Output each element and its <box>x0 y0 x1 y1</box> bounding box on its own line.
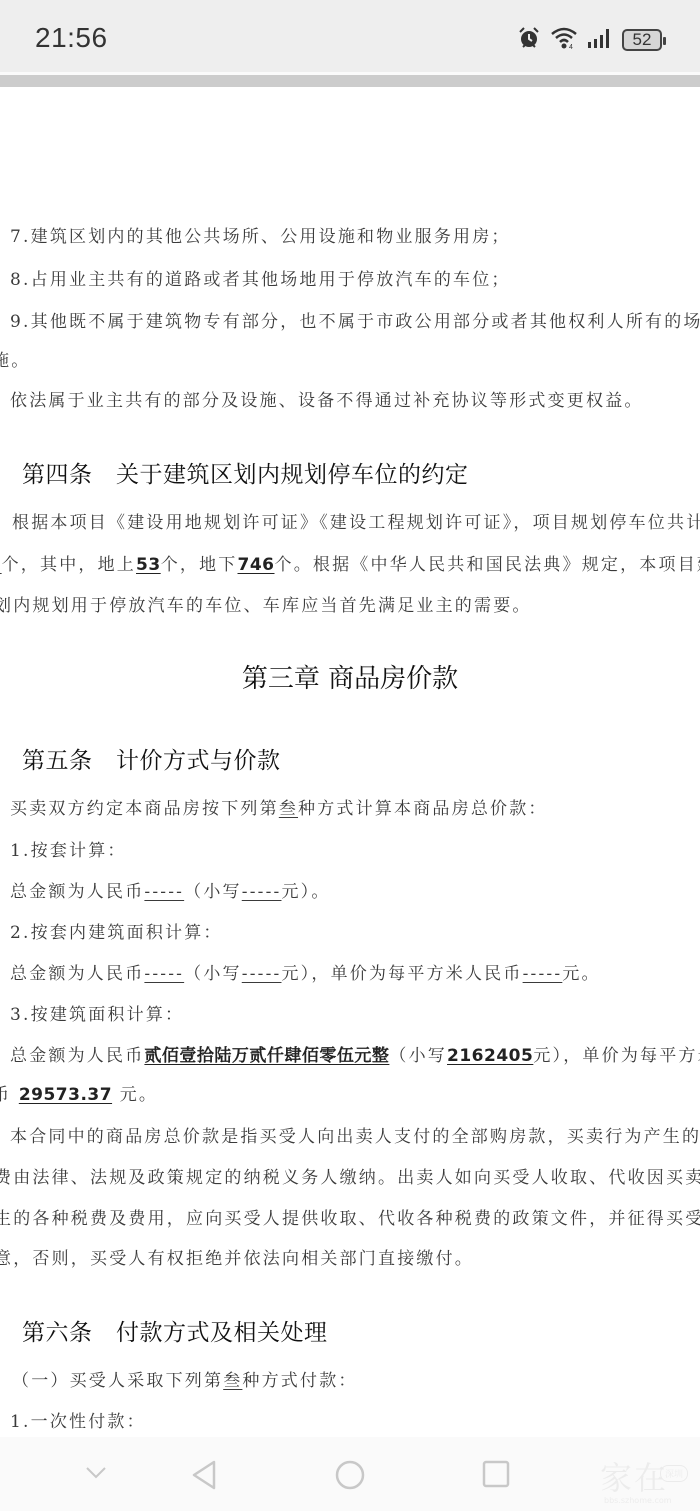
status-bar: 21:56 4 52 <box>0 0 700 75</box>
signal-icon <box>587 27 613 53</box>
blank-field: ----- <box>144 964 184 984</box>
paragraph: （一）买受人采取下列第叁种方式付款： <box>12 1366 358 1391</box>
article-5-title: 第五条 计价方式与价款 <box>22 742 281 775</box>
list-item: 7.建筑区划内的其他公共场所、公用设施和物业服务用房； <box>10 222 511 247</box>
chapter-3-title: 第三章 商品房价款 <box>0 658 700 695</box>
paragraph: 划内规划用于停放汽车的车位、车库应当首先满足业主的需要。 <box>0 591 532 616</box>
method-3-title: 3.按建筑面积计算： <box>10 1000 184 1025</box>
recents-square-icon <box>481 1459 511 1489</box>
text: 种方式付款： <box>242 1371 357 1391</box>
text: （一）买受人采取下列第 <box>12 1371 223 1391</box>
alarm-icon <box>517 26 541 54</box>
total-price-words: 贰佰壹拾陆万贰仟肆佰零伍元整 <box>144 1046 389 1066</box>
text: 元。 <box>562 964 600 984</box>
text: 元），单价为每平方米人民 <box>533 1046 700 1066</box>
toolbar-divider <box>0 75 700 87</box>
back-button[interactable] <box>190 1459 218 1495</box>
paragraph: 费由法律、法规及政策规定的纳税义务人缴纳。出卖人如向买受人收取、代收因买卖行为 <box>0 1163 700 1188</box>
watermark: 家在 深圳 bbs.szhome.com <box>600 1453 692 1505</box>
text: 总金额为人民币 <box>10 882 144 902</box>
text: （小写 <box>184 882 242 902</box>
paragraph: 总金额为人民币-----（小写-----元）。 <box>10 877 331 902</box>
blank-field: ----- <box>242 964 282 984</box>
payment-method-value: 叁 <box>223 1371 242 1391</box>
battery-indicator: 52 <box>622 29 662 51</box>
recents-button[interactable] <box>481 1459 511 1493</box>
paragraph: 总金额为人民币-----（小写-----元），单价为每平方米人民币-----元。 <box>10 959 601 984</box>
list-item: 9.其他既不属于建筑物专有部分，也不属于市政公用部分或者其他权利人所有的场所及 <box>10 307 700 332</box>
underground-count: 746 <box>238 555 275 575</box>
wifi-icon: 4 <box>550 26 578 54</box>
svg-text:4: 4 <box>569 44 573 50</box>
text: 种方式计算本商品房总价款： <box>298 799 548 819</box>
text: 总金额为人民币 <box>10 1046 144 1066</box>
unit-price: 29573.37 <box>19 1085 112 1105</box>
paragraph: 总金额为人民币贰佰壹拾陆万贰仟肆佰零伍元整（小写2162405元），单价为每平方… <box>10 1041 700 1066</box>
text: 买卖双方约定本商品房按下列第 <box>10 799 279 819</box>
paragraph: 意，否则，买受人有权拒绝并依法向相关部门直接缴付。 <box>0 1244 474 1269</box>
watermark-brand: 家在 <box>600 1459 668 1497</box>
list-item-continued: 施。 <box>0 346 30 371</box>
chevron-down-icon <box>84 1465 108 1481</box>
navigation-bar: 家在 深圳 bbs.szhome.com <box>0 1437 700 1511</box>
text: 币 <box>0 1085 11 1105</box>
home-button[interactable] <box>334 1459 366 1495</box>
text: 个，其中，地上 <box>2 555 136 575</box>
text: （小写 <box>389 1046 447 1066</box>
above-ground-count: 53 <box>136 555 161 575</box>
blank-field: ----- <box>523 964 563 984</box>
method-2-title: 2.按套内建筑面积计算： <box>10 918 223 943</box>
paragraph: 买卖双方约定本商品房按下列第叁种方式计算本商品房总价款： <box>10 794 548 819</box>
paragraph: 生的各种税费及费用，应向买受人提供收取、代收各种税费的政策文件，并征得买受人的 <box>0 1204 700 1229</box>
status-icons: 4 52 <box>517 26 662 54</box>
article-6-title: 第六条 付款方式及相关处理 <box>22 1314 328 1347</box>
paragraph: 本合同中的商品房总价款是指买受人向出卖人支付的全部购房款，买卖行为产生的各种 <box>10 1122 700 1147</box>
back-triangle-icon <box>190 1459 218 1491</box>
method-1-title: 1.按套计算： <box>10 836 127 861</box>
watermark-url: bbs.szhome.com <box>604 1496 672 1505</box>
article-4-title: 第四条 关于建筑区划内规划停车位的约定 <box>22 456 469 489</box>
blank-field: ----- <box>242 882 282 902</box>
payment-item-1: 1.一次性付款： <box>10 1407 146 1432</box>
paragraph: 根据本项目《建设用地规划许可证》《建设工程规划许可证》，项目规划停车位共计 <box>12 508 700 533</box>
paragraph: 个，其中，地上53个，地下746个。根据《中华人民共和国民法典》规定，本项目建筑 <box>0 550 700 575</box>
blank-field: ----- <box>144 882 184 902</box>
text: 元）。 <box>281 882 330 902</box>
text: 元。 <box>120 1085 158 1105</box>
hide-keyboard-button[interactable] <box>84 1465 108 1485</box>
home-circle-icon <box>334 1459 366 1491</box>
pricing-method-value: 叁 <box>279 799 298 819</box>
watermark-city: 深圳 <box>660 1465 688 1482</box>
document-viewer[interactable]: 7.建筑区划内的其他公共场所、公用设施和物业服务用房； 8.占用业主共有的道路或… <box>0 87 700 1437</box>
status-time: 21:56 <box>35 22 108 54</box>
list-item: 8.占用业主共有的道路或者其他场地用于停放汽车的车位； <box>10 265 511 290</box>
text: （小写 <box>184 964 242 984</box>
paragraph: 依法属于业主共有的部分及设施、设备不得通过补充协议等形式变更权益。 <box>10 386 644 411</box>
total-price-number: 2162405 <box>447 1046 533 1066</box>
paragraph: 币 29573.37 元。 <box>0 1080 158 1105</box>
text: 元），单价为每平方米人民币 <box>281 964 522 984</box>
text: 个，地下 <box>161 555 238 575</box>
text: 个。根据《中华人民共和国民法典》规定，本项目建筑 <box>275 555 700 575</box>
text: 总金额为人民币 <box>10 964 144 984</box>
